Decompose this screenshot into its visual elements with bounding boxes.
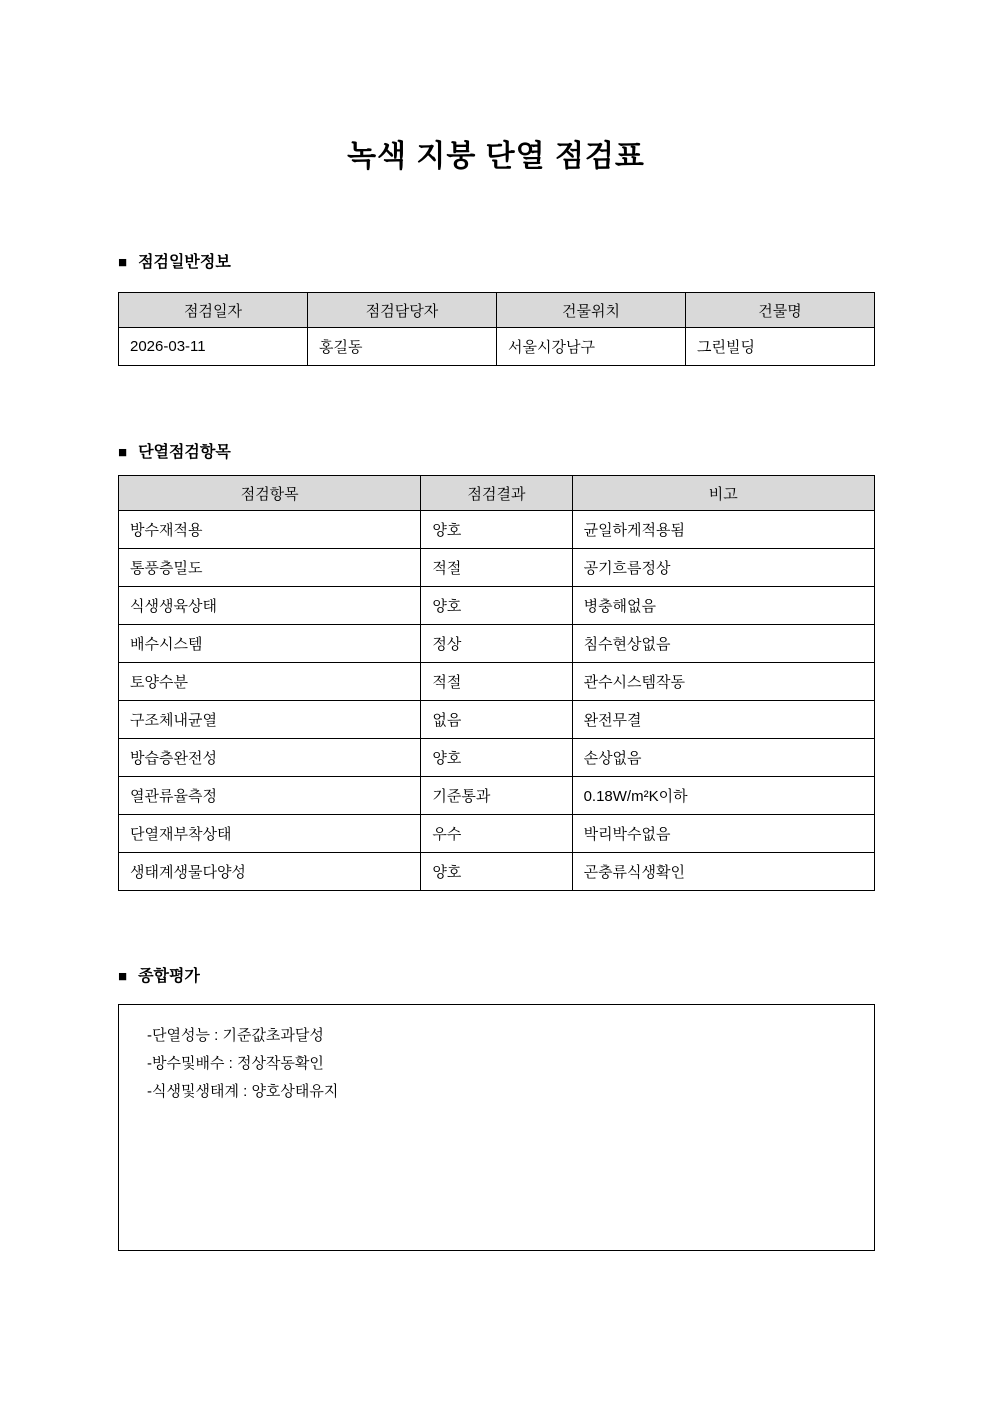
table-row: 토양수분 적절 관수시스템작동 — [119, 663, 875, 701]
items-header-row: 점검항목 점검결과 비고 — [119, 476, 875, 511]
table-row: 단열재부착상태 우수 박리박수없음 — [119, 815, 875, 853]
cell-inspector: 홍길동 — [308, 328, 497, 366]
cell-item: 식생생육상태 — [119, 587, 421, 625]
inspection-items-table: 점검항목 점검결과 비고 방수재적용 양호 균일하게적용됨 통풍층밀도 적절 공… — [118, 475, 875, 891]
cell-result: 없음 — [421, 701, 572, 739]
cell-remarks: 완전무결 — [572, 701, 874, 739]
general-info-table: 점검일자 점검담당자 건물위치 건물명 2026-03-11 홍길동 서울시강남… — [118, 292, 875, 366]
section-heading-summary: ■ 종합평가 — [118, 967, 992, 987]
cell-inspection-date: 2026-03-11 — [119, 328, 308, 366]
cell-item: 토양수분 — [119, 663, 421, 701]
section-heading-general: ■ 점검일반정보 — [118, 253, 992, 273]
table-row: 통풍층밀도 적절 공기흐름정상 — [119, 549, 875, 587]
cell-result: 우수 — [421, 815, 572, 853]
table-row: 배수시스템 정상 침수현상없음 — [119, 625, 875, 663]
cell-result: 적절 — [421, 663, 572, 701]
section-heading-general-label: 점검일반정보 — [138, 253, 231, 273]
column-header-inspection-date: 점검일자 — [119, 293, 308, 328]
cell-building-name: 그린빌딩 — [686, 328, 875, 366]
square-bullet-icon: ■ — [118, 967, 127, 987]
column-header-remarks: 비고 — [572, 476, 874, 511]
table-row: 생태계생물다양성 양호 곤충류식생확인 — [119, 853, 875, 891]
table-row: 방수재적용 양호 균일하게적용됨 — [119, 511, 875, 549]
square-bullet-icon: ■ — [118, 253, 127, 273]
section-heading-items-label: 단열점검항목 — [138, 443, 231, 463]
table-row: 구조체내균열 없음 완전무결 — [119, 701, 875, 739]
column-header-item: 점검항목 — [119, 476, 421, 511]
column-header-result: 점검결과 — [421, 476, 572, 511]
cell-result: 양호 — [421, 853, 572, 891]
cell-item: 열관류율측정 — [119, 777, 421, 815]
cell-item: 배수시스템 — [119, 625, 421, 663]
cell-item: 방수재적용 — [119, 511, 421, 549]
cell-remarks: 침수현상없음 — [572, 625, 874, 663]
cell-result: 기준통과 — [421, 777, 572, 815]
cell-item: 구조체내균열 — [119, 701, 421, 739]
column-header-building-name: 건물명 — [686, 293, 875, 328]
cell-result: 적절 — [421, 549, 572, 587]
cell-result: 양호 — [421, 739, 572, 777]
summary-line: -방수및배수 : 정상작동확인 — [147, 1050, 854, 1078]
cell-remarks: 0.18W/m²K이하 — [572, 777, 874, 815]
cell-remarks: 손상없음 — [572, 739, 874, 777]
cell-remarks: 공기흐름정상 — [572, 549, 874, 587]
table-row: 방습층완전성 양호 손상없음 — [119, 739, 875, 777]
square-bullet-icon: ■ — [118, 443, 127, 463]
table-row: 식생생육상태 양호 병충해없음 — [119, 587, 875, 625]
section-heading-summary-label: 종합평가 — [138, 967, 200, 987]
cell-remarks: 박리박수없음 — [572, 815, 874, 853]
cell-item: 방습층완전성 — [119, 739, 421, 777]
cell-item: 생태계생물다양성 — [119, 853, 421, 891]
general-info-header-row: 점검일자 점검담당자 건물위치 건물명 — [119, 293, 875, 328]
summary-line: -단열성능 : 기준값초과달성 — [147, 1022, 854, 1050]
cell-result: 양호 — [421, 587, 572, 625]
cell-remarks: 관수시스템작동 — [572, 663, 874, 701]
column-header-inspector: 점검담당자 — [308, 293, 497, 328]
cell-item: 통풍층밀도 — [119, 549, 421, 587]
section-heading-items: ■ 단열점검항목 — [118, 443, 992, 463]
cell-result: 양호 — [421, 511, 572, 549]
cell-remarks: 곤충류식생확인 — [572, 853, 874, 891]
cell-result: 정상 — [421, 625, 572, 663]
cell-building-location: 서울시강남구 — [497, 328, 686, 366]
table-row: 열관류율측정 기준통과 0.18W/m²K이하 — [119, 777, 875, 815]
summary-line: -식생및생태계 : 양호상태유지 — [147, 1078, 854, 1106]
column-header-building-location: 건물위치 — [497, 293, 686, 328]
document-page: 녹색 지붕 단열 점검표 ■ 점검일반정보 점검일자 점검담당자 건물위치 건물… — [0, 0, 992, 1403]
page-title: 녹색 지붕 단열 점검표 — [0, 0, 992, 174]
cell-remarks: 균일하게적용됨 — [572, 511, 874, 549]
general-info-row: 2026-03-11 홍길동 서울시강남구 그린빌딩 — [119, 328, 875, 366]
cell-item: 단열재부착상태 — [119, 815, 421, 853]
summary-box: -단열성능 : 기준값초과달성 -방수및배수 : 정상작동확인 -식생및생태계 … — [118, 1004, 875, 1251]
cell-remarks: 병충해없음 — [572, 587, 874, 625]
